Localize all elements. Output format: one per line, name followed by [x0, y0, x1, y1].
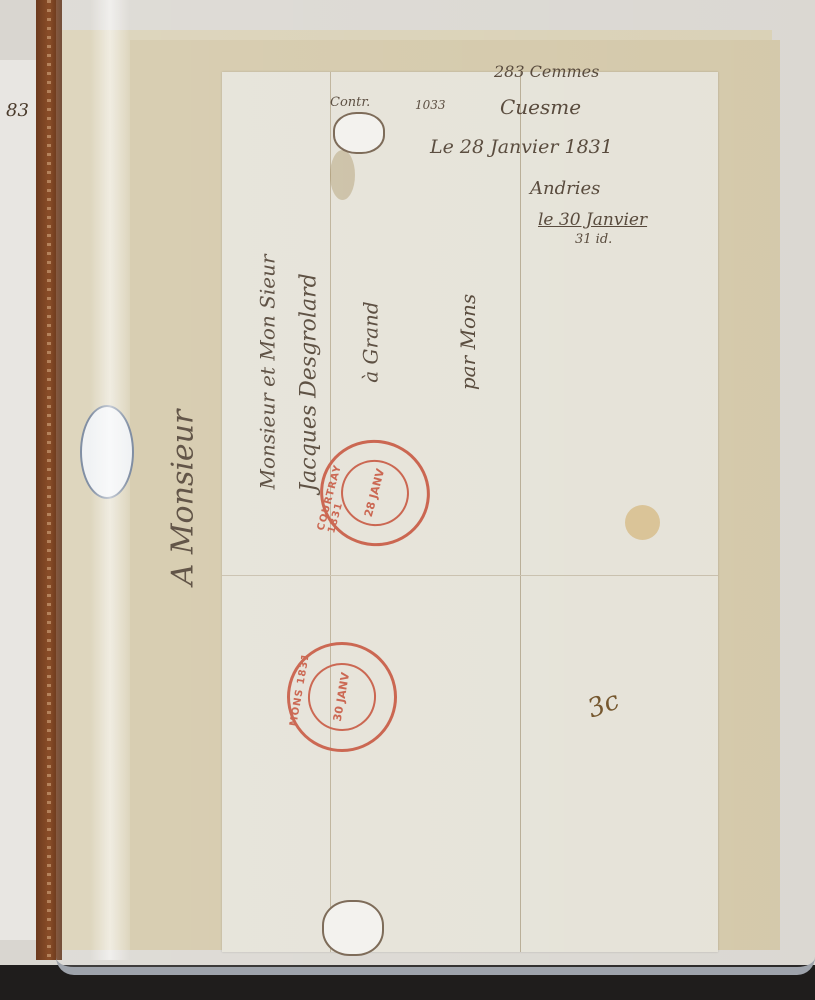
plastic-sleeve	[56, 0, 815, 975]
binder-stitching	[47, 0, 51, 960]
left-page-text: 83	[6, 100, 29, 121]
